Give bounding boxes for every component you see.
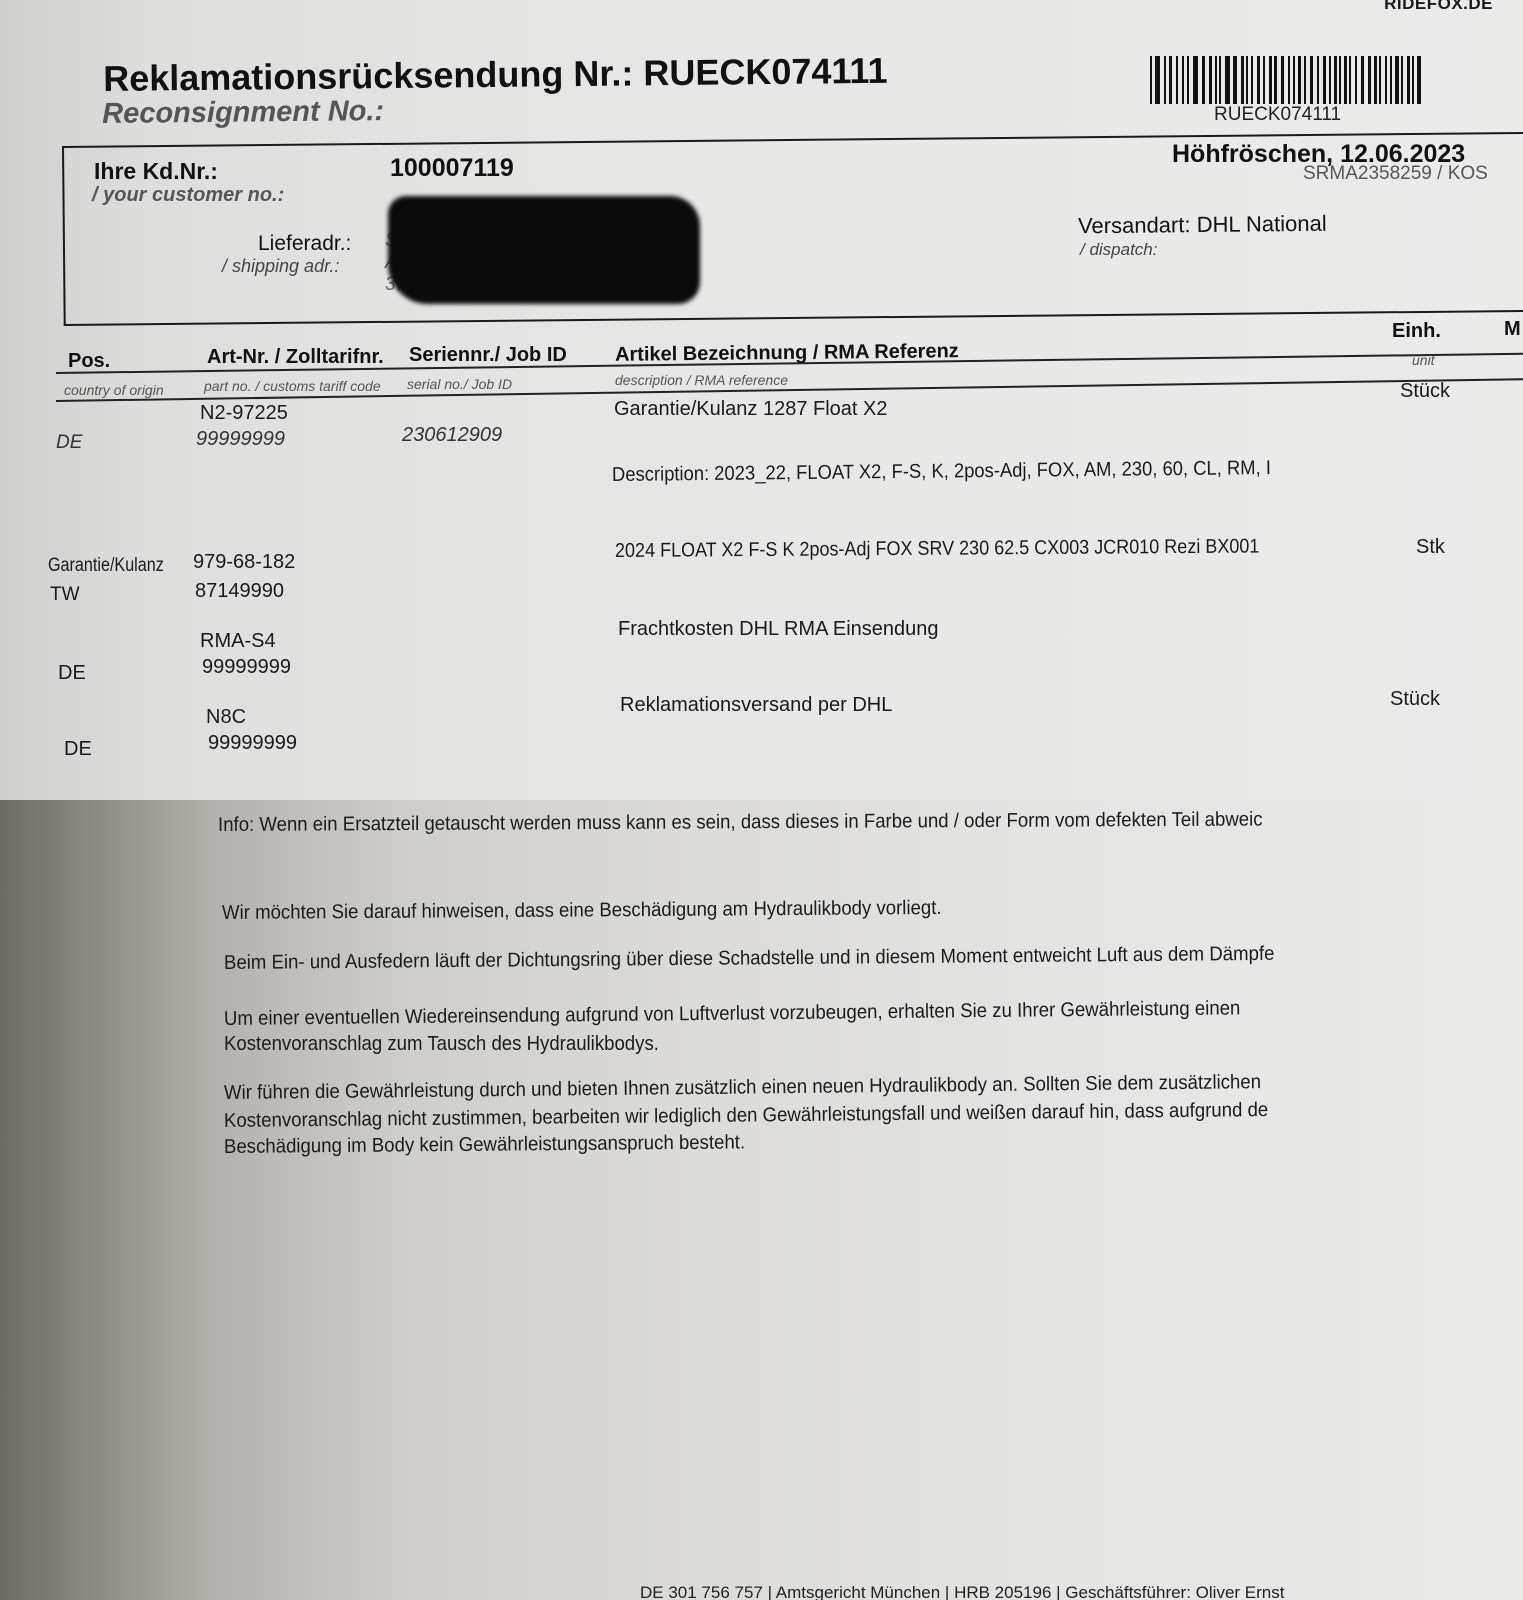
barcode-bar	[1241, 56, 1244, 104]
barcode-bar	[1251, 56, 1253, 104]
col-sub-serial: serial no./ Job ID	[407, 376, 512, 392]
barcode-bar	[1401, 56, 1403, 104]
col-sub-desc: description / RMA reference	[615, 372, 788, 388]
shipping-address-label: Lieferadr.:	[258, 232, 351, 256]
col-header-unit: Einh.	[1392, 320, 1441, 343]
note-paragraph-4-line-2: Kostenvoranschlag nicht zustimmen, bearb…	[224, 1099, 1268, 1133]
barcode-bar	[1209, 56, 1212, 104]
dispatch-label-text: Versandart:	[1078, 212, 1191, 238]
barcode-bar	[1293, 56, 1295, 104]
barcode-bar	[1334, 56, 1337, 104]
footer-legal: DE 301 756 757 | Amtsgericht München | H…	[640, 1583, 1284, 1600]
barcode-bar	[1374, 56, 1377, 104]
barcode-bar	[1390, 56, 1392, 104]
barcode-bar	[1257, 56, 1260, 104]
barcode-text: RUECK074111	[1214, 104, 1341, 126]
col-sub-pos: country of origin	[64, 382, 164, 398]
barcode-bar	[1361, 56, 1364, 104]
barcode-bar	[1349, 56, 1351, 104]
barcode-bar	[1288, 56, 1290, 104]
barcode-bar	[1193, 56, 1198, 104]
document-title: Reklamationsrücksendung Nr.: RUECK074111	[103, 50, 888, 100]
barcode-bar	[1155, 56, 1160, 104]
reference-number: SRMA2358259 / KOS	[1303, 163, 1488, 185]
col-sub-unit: unit	[1412, 352, 1435, 368]
barcode-bar	[1417, 56, 1421, 104]
barcode-bar	[1379, 56, 1381, 104]
position-label: Garantie/Kulanz	[48, 555, 164, 577]
barcode-bar	[1215, 56, 1217, 104]
part-number: N2-97225	[200, 402, 288, 425]
col-header-pos: Pos.	[68, 350, 110, 373]
tariff-code: 99999999	[196, 428, 285, 451]
country-of-origin: TW	[50, 584, 80, 606]
barcode-bar	[1355, 56, 1357, 104]
redaction-mark	[388, 196, 700, 304]
item-description: Frachtkosten DHL RMA Einsendung	[618, 618, 939, 641]
dispatch-label: Versandart: DHL National	[1078, 211, 1327, 240]
col-header-next: M	[1504, 318, 1521, 341]
unit: Stück	[1390, 688, 1440, 711]
barcode-bar	[1329, 56, 1331, 104]
barcode-bar	[1176, 56, 1178, 104]
item-description: Garantie/Kulanz 1287 Float X2	[614, 398, 888, 421]
customer-number-label-en: / your customer no.:	[92, 184, 284, 207]
barcode-bar	[1219, 56, 1221, 104]
barcode-bar	[1281, 56, 1284, 104]
barcode-bar	[1412, 56, 1414, 104]
barcode-bar	[1317, 56, 1319, 104]
barcode-bar	[1246, 56, 1248, 104]
barcode-bar	[1385, 56, 1387, 104]
col-header-art: Art-Nr. / Zolltarifnr.	[207, 346, 384, 369]
barcode-bar	[1368, 56, 1371, 104]
barcode-bar	[1164, 56, 1166, 104]
customer-number: 100007119	[390, 154, 514, 183]
barcode-bar	[1269, 56, 1272, 104]
shipping-address-label-en: / shipping adr.:	[222, 256, 339, 277]
barcode-bar	[1323, 56, 1326, 104]
barcode-bar	[1339, 56, 1341, 104]
note-paragraph-2: Beim Ein- und Ausfedern läuft der Dichtu…	[224, 943, 1275, 975]
document-subtitle: Reconsignment No.:	[102, 95, 384, 131]
barcode-bar	[1225, 56, 1230, 104]
tariff-code: 99999999	[202, 656, 291, 679]
barcode-bar	[1263, 56, 1265, 104]
brand-logo-text: RIDEFOX.DE	[1384, 0, 1493, 14]
part-number: 979-68-182	[193, 551, 295, 574]
barcode-bar	[1150, 56, 1152, 104]
barcode-bar	[1310, 56, 1313, 104]
unit: Stück	[1400, 380, 1450, 403]
barcode-bar	[1407, 56, 1410, 104]
part-number: N8C	[206, 706, 246, 729]
barcode-bar	[1233, 56, 1237, 104]
tariff-code: 99999999	[208, 732, 297, 755]
col-header-serial: Seriennr./ Job ID	[409, 344, 567, 367]
dispatch-value: DHL National	[1197, 211, 1327, 237]
barcode-bar	[1182, 56, 1184, 104]
customer-number-label: Ihre Kd.Nr.:	[94, 158, 218, 185]
note-paragraph-3-line-2: Kostenvoranschlag zum Tausch des Hydraul…	[224, 1033, 659, 1056]
country-of-origin: DE	[64, 738, 92, 761]
dispatch-label-en: / dispatch:	[1080, 240, 1158, 260]
serial-number: 230612909	[402, 424, 502, 447]
item-description: Reklamationsversand per DHL	[620, 694, 892, 717]
info-note: Info: Wenn ein Ersatzteil getauscht werd…	[218, 809, 1263, 837]
tariff-code: 87149990	[195, 580, 284, 603]
item-description: 2024 FLOAT X2 F-S K 2pos-Adj FOX SRV 230…	[615, 536, 1259, 563]
barcode-bar	[1304, 56, 1306, 104]
barcode-bar	[1395, 56, 1399, 104]
barcode-bar	[1202, 56, 1205, 104]
barcode-bar	[1169, 56, 1172, 104]
note-paragraph-1: Wir möchten Sie darauf hinweisen, dass e…	[222, 897, 942, 925]
col-sub-art: part no. / customs tariff code	[204, 378, 394, 394]
barcode-bar	[1344, 56, 1347, 104]
barcode-bar	[1274, 56, 1277, 104]
country-of-origin: DE	[58, 662, 86, 685]
barcode-bar	[1298, 56, 1301, 104]
note-paragraph-3-line-1: Um einer eventuellen Wiedereinsendung au…	[224, 997, 1241, 1031]
part-number: RMA-S4	[200, 630, 276, 653]
note-paragraph-4-line-3: Beschädigung im Body kein Gewährleistung…	[224, 1131, 745, 1159]
barcode	[1150, 56, 1424, 104]
barcode-bar	[1187, 56, 1189, 104]
unit: Stk	[1416, 536, 1445, 559]
country-of-origin: DE	[56, 432, 82, 454]
